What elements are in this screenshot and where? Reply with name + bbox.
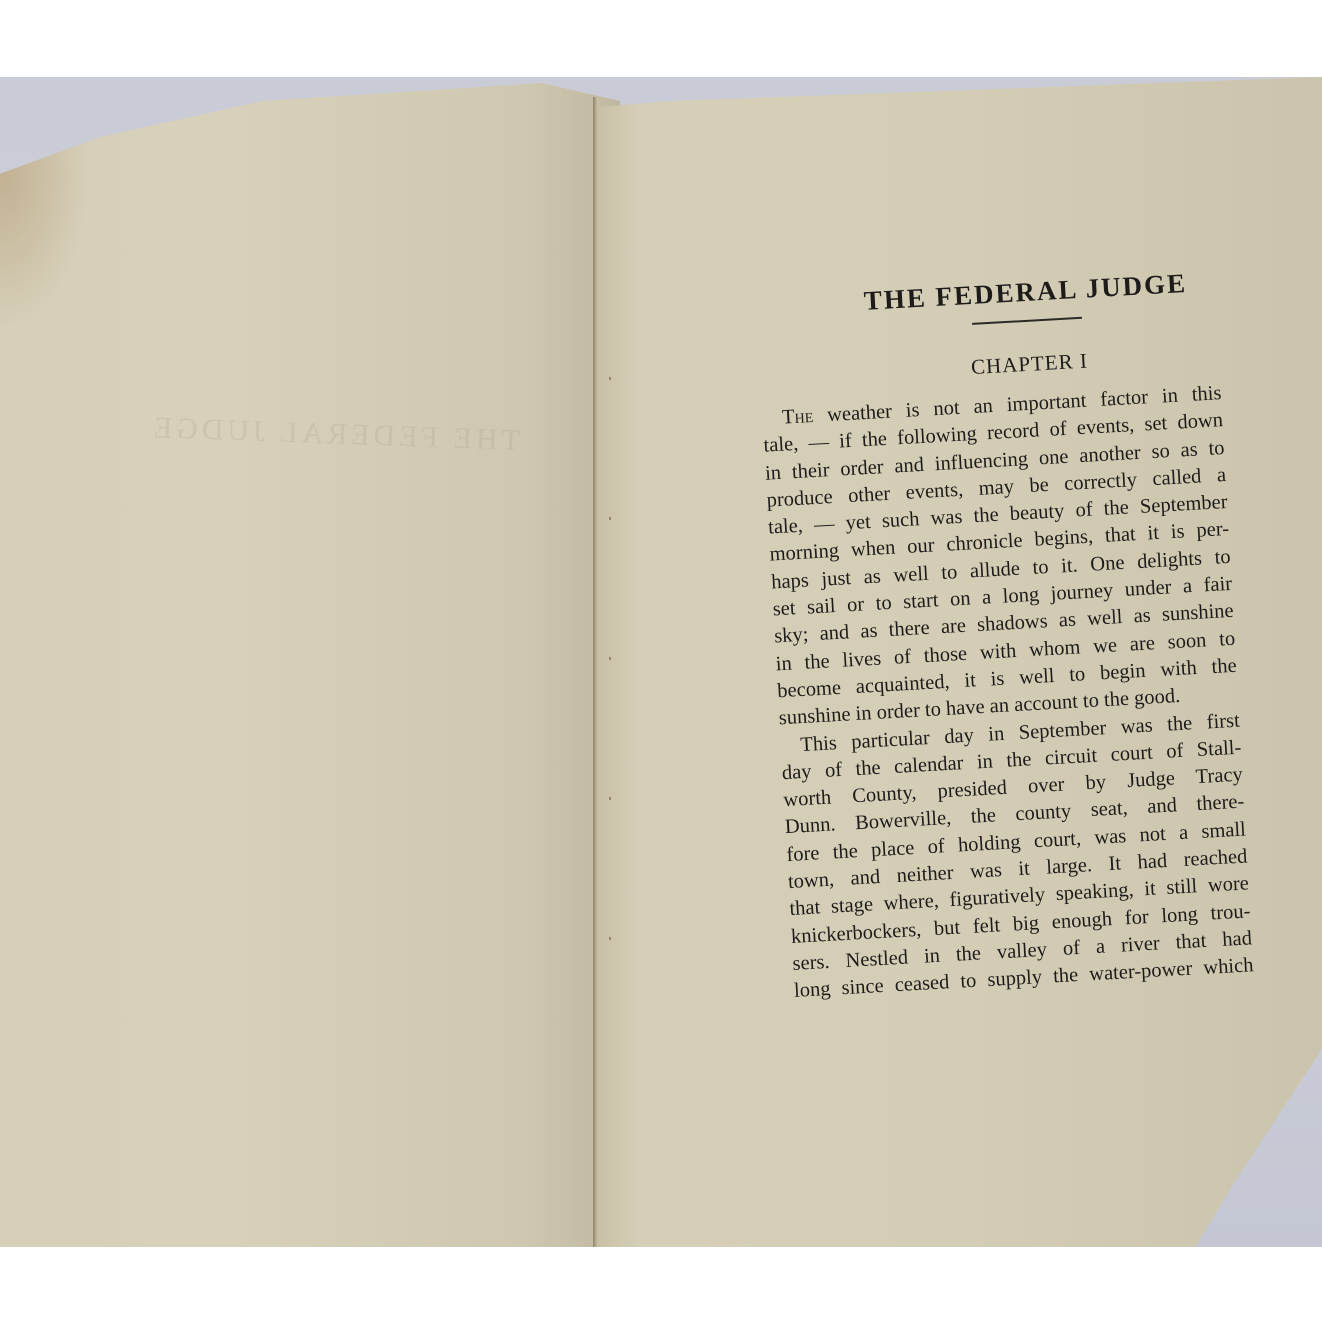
left-page — [0, 77, 620, 1247]
binding-stitches — [609, 377, 611, 997]
page-text: THE FEDERAL JUDGE CHAPTER I The weather … — [755, 263, 1314, 1005]
title-rule — [972, 317, 1082, 325]
